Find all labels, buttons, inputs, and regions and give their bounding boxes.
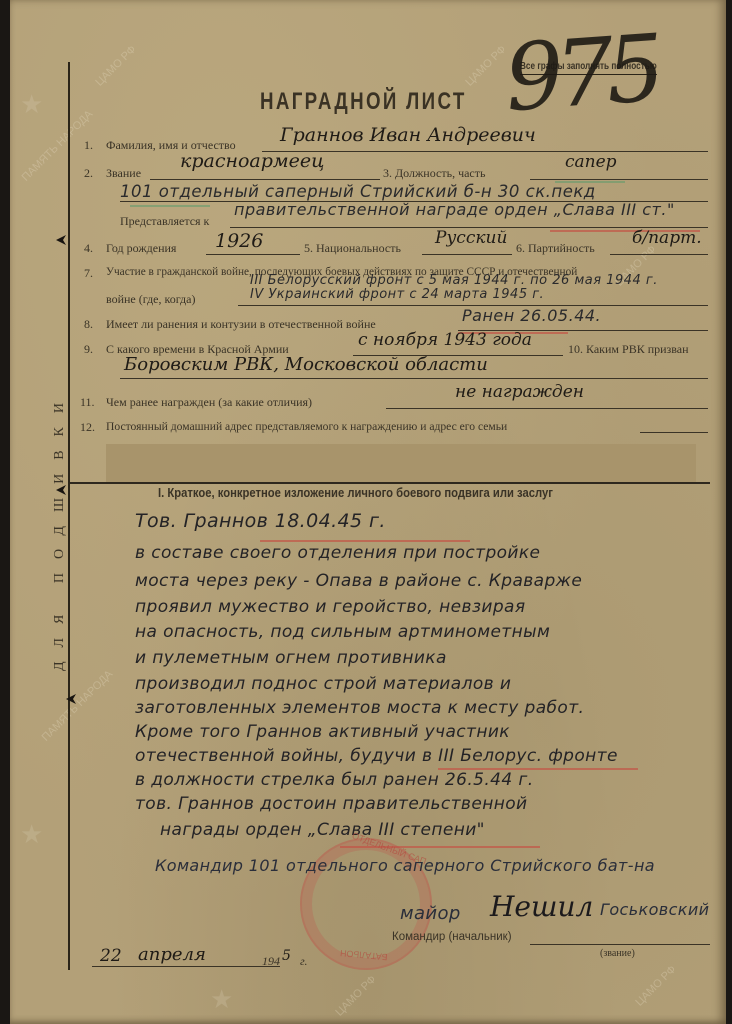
watermark: ЦАМО РФ	[333, 973, 378, 1018]
binding-margin-label: ДЛЯ ПОДШИВКИ	[52, 300, 72, 760]
field-12-number: 12.	[80, 420, 95, 435]
star-watermark-icon: ★	[210, 985, 233, 1015]
award-sheet-page: ЦАМО РФ ЦАМО РФ ПАМЯТЬ НАРОДА ЦАМО РФ ПА…	[10, 0, 726, 1024]
narrative-line: моста через реку - Опава в районе с. Кра…	[135, 571, 582, 591]
date-day: 22	[100, 946, 122, 966]
section-1-heading: I. Краткое, конкретное изложение личного…	[158, 486, 553, 500]
document-title: НАГРАДНОЙ ЛИСТ	[260, 88, 467, 116]
field-9-service-since: с ноября 1943 года	[358, 330, 532, 350]
field-4-underline	[206, 254, 300, 255]
commander-name: Госьковский	[600, 900, 709, 919]
field-1-full-name: Граннов Иван Андреевич	[280, 124, 536, 146]
field-6-number: 6.	[516, 241, 525, 255]
watermark: ЦАМО РФ	[463, 43, 508, 88]
narrative-line: Тов. Граннов 18.04.45 г.	[135, 510, 386, 532]
field-2-label: Звание	[106, 166, 141, 181]
field-6-underline	[610, 254, 708, 255]
redacted-address-block	[106, 444, 696, 482]
field-3-underline	[530, 179, 708, 180]
field-7-front-1: III Белорусский фронт с 5 мая 1944 г. по…	[250, 273, 658, 288]
rank-caption: (звание)	[600, 948, 635, 959]
narrative-line: награды орден „Слава III степени"	[160, 820, 485, 840]
date-underline	[92, 966, 280, 967]
presented-award: правительственной награде орден „Слава I…	[234, 200, 675, 219]
field-6-label: 6. Партийность	[516, 241, 595, 256]
field-5-label: 5. Национальность	[304, 241, 401, 256]
watermark: ЦАМО РФ	[93, 43, 138, 88]
field-10-number: 10.	[568, 342, 583, 356]
field-6-label-text: Партийность	[528, 241, 595, 255]
date-year-g: г.	[300, 954, 308, 969]
field-11-number: 11.	[80, 395, 95, 410]
field-3-position: сапер	[565, 152, 617, 172]
field-11-prior-awards: не награжден	[455, 382, 584, 402]
field-10-draft-office: Боровским РВК, Московской области	[124, 354, 488, 375]
date-year-prefix: 194	[262, 954, 280, 969]
registry-number: 975	[501, 15, 660, 132]
field-10-label-text: Каким РВК призван	[586, 342, 689, 356]
field-2-underline	[150, 179, 380, 180]
field-7-label-line2: войне (где, когда)	[106, 292, 195, 307]
staple-hole	[56, 235, 66, 245]
field-11-underline	[386, 408, 708, 409]
commander-unit-line: Командир 101 отдельного саперного Стрийс…	[155, 856, 655, 875]
field-3-label: 3. Должность, часть	[383, 166, 485, 181]
field-5-number: 5.	[304, 241, 313, 255]
narrative-line: заготовленных элементов моста к месту ра…	[135, 698, 584, 718]
narrative-line: в должности стрелка был ранен 26.5.44 г.	[135, 770, 534, 790]
red-pencil-underline	[260, 540, 470, 542]
commander-caption: Командир (начальник)	[392, 931, 512, 943]
rank-underline	[530, 944, 710, 945]
narrative-line: проявил мужество и геройство, невзирая	[135, 597, 525, 617]
star-watermark-icon: ★	[20, 820, 43, 850]
field-8-wounds: Ранен 26.05.44.	[462, 306, 601, 325]
field-1-underline	[262, 151, 708, 152]
narrative-line: производил поднос строй материалов и	[135, 674, 511, 694]
date-month: апреля	[138, 944, 206, 965]
field-1-number: 1.	[84, 138, 93, 153]
field-5-nationality: Русский	[435, 228, 507, 248]
field-2-rank: красноармеец	[180, 150, 324, 172]
commander-signature: Нешил	[490, 890, 593, 923]
field-7-front-2: IV Украинский фронт с 24 марта 1945 г.	[250, 287, 544, 302]
field-10-label: 10. Каким РВК призван	[568, 342, 689, 357]
field-10-underline	[120, 378, 708, 379]
field-2-number: 2.	[84, 166, 93, 181]
narrative-line: в составе своего отделения при постройке	[135, 543, 540, 563]
field-6-party: б/парт.	[632, 228, 702, 248]
watermark: ЦАМО РФ	[633, 963, 678, 1008]
field-8-number: 8.	[84, 317, 93, 332]
narrative-line: тов. Граннов достоин правительственной	[135, 794, 527, 814]
field-4-birth-year: 1926	[215, 230, 263, 252]
section-separator	[70, 482, 710, 484]
field-12-label: Постоянный домашний адрес представляемог…	[106, 420, 507, 433]
field-4-number: 4.	[84, 241, 93, 256]
narrative-line: Кроме того Граннов активный участник	[135, 722, 510, 742]
field-3-number: 3.	[383, 166, 392, 180]
field-5-underline	[422, 254, 512, 255]
narrative-line: отечественной войны, будучи в III Белору…	[135, 746, 618, 766]
field-5-label-text: Национальность	[316, 241, 401, 255]
watermark: ПАМЯТЬ НАРОДА	[40, 668, 116, 744]
presented-label: Представляется к	[120, 214, 209, 229]
field-3-label-text: Должность, часть	[395, 166, 485, 180]
field-7-number: 7.	[84, 266, 93, 281]
narrative-line: на опасность, под сильным артминометным	[135, 622, 550, 642]
field-8-label: Имеет ли ранения и контузии в отечествен…	[106, 317, 376, 332]
field-12-underline	[640, 432, 708, 433]
field-11-label: Чем ранее награжден (за какие отличия)	[106, 395, 312, 410]
field-3-unit: 101 отдельный саперный Стрийский б-н 30 …	[120, 182, 596, 201]
date-year-suffix: 5	[282, 948, 291, 964]
star-watermark-icon: ★	[20, 90, 43, 120]
field-4-label: Год рождения	[106, 241, 176, 256]
field-9-number: 9.	[84, 342, 93, 357]
commander-rank: майор	[400, 903, 461, 924]
narrative-line: и пулеметным огнем противника	[135, 648, 447, 668]
green-pencil-mark	[130, 205, 210, 207]
